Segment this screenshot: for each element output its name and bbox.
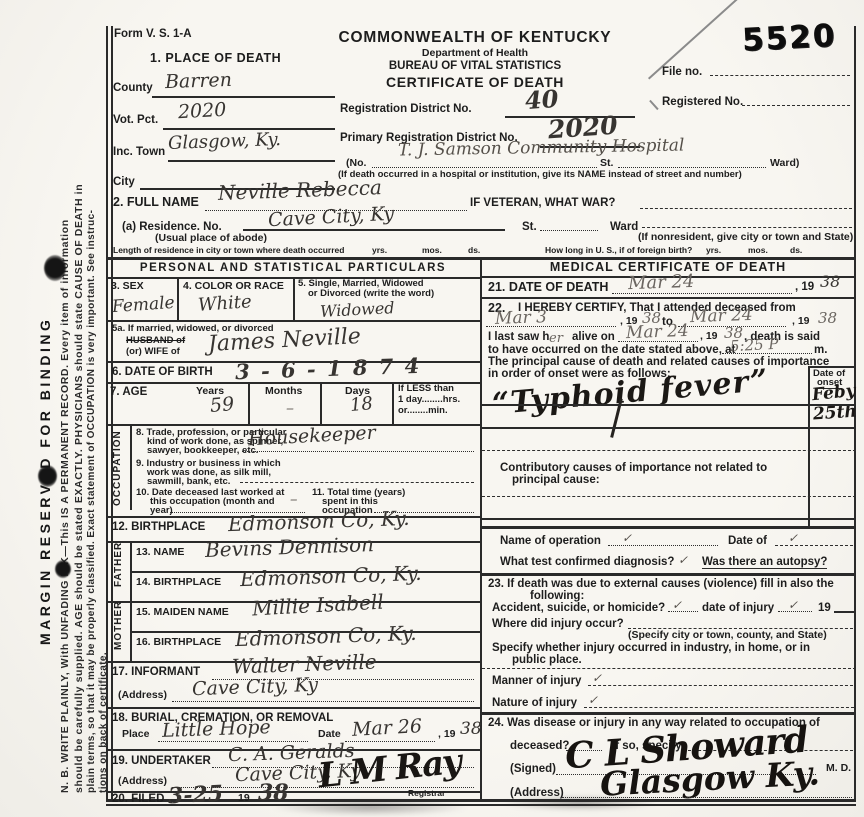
rule-line bbox=[482, 427, 856, 429]
mother-side-label: MOTHER bbox=[114, 601, 125, 650]
dashed-line bbox=[588, 685, 853, 686]
abode-note: (Usual place of abode) bbox=[155, 233, 267, 244]
time-of-death-value: 5:25 P bbox=[730, 337, 779, 355]
dashed-line bbox=[482, 450, 856, 451]
inc-town-value: Glasgow, Ky. bbox=[168, 131, 282, 153]
deceased-label: deceased? bbox=[510, 740, 569, 752]
dashed-line bbox=[742, 105, 850, 106]
date-of-death-label: 21. DATE OF DEATH bbox=[488, 281, 608, 294]
st-label: St. bbox=[600, 158, 613, 169]
dashed-line bbox=[775, 545, 853, 546]
injury-date-tick: ✓ bbox=[788, 598, 798, 612]
cell-divider bbox=[320, 382, 322, 424]
burial-place-value: Little Hope bbox=[162, 718, 271, 741]
injury-date-label: date of injury bbox=[702, 602, 774, 614]
rule-line bbox=[482, 518, 856, 520]
dotted-line bbox=[668, 611, 698, 612]
foreign-birth-label: How long in U. S., if of foreign birth? bbox=[545, 246, 692, 255]
contributory-text-2: principal cause: bbox=[512, 474, 600, 486]
registered-no-label: Registered No. bbox=[662, 96, 743, 108]
rule-line bbox=[482, 573, 856, 576]
onset-date-value-2: 25th bbox=[812, 403, 857, 423]
form-number: Form V. S. 1-A bbox=[114, 28, 192, 40]
undertaker-label: 19. UNDERTAKER bbox=[112, 755, 211, 767]
if-less-label-1: If LESS than bbox=[398, 384, 454, 394]
form-border-left-inner bbox=[111, 26, 113, 802]
age-label: 7. AGE bbox=[110, 386, 147, 398]
if-less-label-3: or........min. bbox=[398, 406, 448, 416]
accident-label: Accident, suicide, or homicide? bbox=[492, 602, 665, 614]
dotted-line bbox=[618, 341, 698, 342]
color-race-label: 4. COLOR OR RACE bbox=[183, 281, 284, 292]
where-injury-label: Where did injury occur? bbox=[492, 618, 624, 630]
dob-value: 3 - 6 - 1 8 7 4 bbox=[235, 355, 422, 382]
spouse-value: James Neville bbox=[208, 326, 362, 356]
external-causes-text-2: following: bbox=[530, 590, 584, 602]
birthplace-value: Edmonson Co, Ky. bbox=[228, 508, 410, 534]
certificate-title: CERTIFICATE OF DEATH bbox=[320, 75, 630, 90]
father-birthplace-label: 14. BIRTHPLACE bbox=[136, 577, 221, 588]
filed-value: 3-25 bbox=[167, 783, 223, 808]
principal-cause-text-1: The principal cause of death and related… bbox=[488, 356, 829, 368]
dotted-line bbox=[345, 741, 435, 742]
worked-value: – bbox=[290, 492, 298, 507]
mother-birthplace-label: 16. BIRTHPLACE bbox=[136, 637, 221, 648]
no-label: (No. bbox=[346, 158, 366, 169]
signed-label: (Signed) bbox=[510, 763, 556, 775]
autopsy-label: Was there an autopsy? bbox=[702, 556, 827, 569]
rule-line bbox=[482, 526, 856, 529]
dashed-line bbox=[482, 496, 856, 497]
hospital-name-handwritten: T. J. Samson Community Hospital bbox=[398, 138, 685, 160]
father-name-value: Bevins Dennison bbox=[205, 534, 375, 560]
years-value: 59 bbox=[209, 395, 235, 416]
cell-divider bbox=[177, 277, 179, 320]
yrs-label: yrs. bbox=[706, 246, 721, 255]
md-label: M. D. bbox=[826, 763, 851, 774]
mos-label: mos. bbox=[748, 246, 768, 255]
length-residence-label: Length of residence in city or town wher… bbox=[113, 246, 344, 255]
dod-year-value: 38 bbox=[820, 274, 840, 290]
cell-divider bbox=[293, 277, 295, 320]
color-race-value: White bbox=[197, 293, 252, 315]
rule-line bbox=[482, 297, 856, 299]
nature-tick: ✓ bbox=[588, 693, 598, 707]
inc-town-label: Inc. Town bbox=[113, 146, 165, 158]
registrar-label: Registrar bbox=[408, 789, 445, 798]
manner-of-injury-label: Manner of injury bbox=[492, 675, 581, 687]
to-year-prefix: , 19 bbox=[792, 316, 810, 327]
nonresident-note: (If nonresident, give city or town and S… bbox=[638, 232, 853, 243]
dotted-line bbox=[172, 701, 474, 702]
cell-divider bbox=[248, 382, 250, 424]
informant-address-label: (Address) bbox=[118, 690, 167, 701]
specify-text-1: Specify whether injury occurred in indus… bbox=[492, 642, 810, 654]
ward-label: Ward) bbox=[770, 158, 799, 169]
burial-year-prefix: , 19 bbox=[438, 729, 456, 740]
residence-value: Cave City, Ky bbox=[268, 205, 395, 231]
dashed-line bbox=[642, 227, 852, 228]
dotted-line bbox=[608, 545, 718, 546]
dashed-line bbox=[710, 75, 850, 76]
personal-title: PERSONAL AND STATISTICAL PARTICULARS bbox=[110, 262, 476, 274]
ink-blob bbox=[38, 465, 57, 487]
wife-of-label: (or) WIFE of bbox=[126, 347, 180, 357]
external-causes-text-1: 23. If death was due to external causes … bbox=[488, 578, 834, 590]
rule-line bbox=[106, 707, 480, 709]
ds-label: ds. bbox=[790, 246, 802, 255]
injury-year-label: 19 bbox=[818, 602, 831, 614]
file-no-label: File no. bbox=[662, 66, 702, 78]
county-label: County bbox=[113, 82, 153, 94]
worked-label-3: year) bbox=[150, 506, 173, 516]
informant-value: Walter Neville bbox=[232, 651, 377, 676]
operation-date-label: Date of bbox=[728, 535, 767, 547]
sex-value: Female bbox=[111, 295, 175, 316]
bureau-title: BUREAU OF VITAL STATISTICS bbox=[320, 60, 630, 72]
voting-precinct-value: 2020 bbox=[178, 101, 227, 123]
months-header: Months bbox=[265, 386, 302, 397]
place-of-death-heading: 1. PLACE OF DEATH bbox=[150, 52, 281, 65]
test-label: What test confirmed diagnosis? bbox=[500, 556, 674, 568]
filed-year-prefix: 19 bbox=[238, 793, 250, 804]
dotted-line bbox=[612, 293, 792, 294]
mother-name-value: Millie Isabell bbox=[252, 592, 385, 619]
husband-of-label: HUSBAND of bbox=[126, 336, 185, 346]
dotted-line bbox=[722, 353, 812, 354]
city-label: City bbox=[113, 176, 135, 188]
contributory-text-1: Contributory causes of importance not re… bbox=[500, 462, 767, 474]
filed-label: 20. FILED bbox=[112, 793, 164, 805]
residence-ward-label: Ward bbox=[610, 221, 638, 233]
rule-line bbox=[168, 160, 335, 162]
father-side-label: FATHER bbox=[114, 542, 125, 587]
nature-of-injury-label: Nature of injury bbox=[492, 697, 577, 709]
margin-note-line-2: should be carefully supplied. AGE should… bbox=[74, 184, 85, 793]
last-saw-text-2: alive on bbox=[572, 331, 615, 343]
operation-date-tick: ✓ bbox=[788, 531, 798, 545]
operation-tick: ✓ bbox=[622, 531, 632, 545]
m-label: m. bbox=[814, 344, 827, 356]
veteran-label: IF VETERAN, WHAT WAR? bbox=[470, 197, 615, 209]
days-value: 18 bbox=[349, 395, 373, 415]
ink-blob bbox=[44, 255, 66, 281]
burial-place-label: Place bbox=[122, 729, 149, 740]
burial-date-value: Mar 26 bbox=[352, 717, 423, 740]
residence-st-label: St. bbox=[522, 221, 537, 233]
registration-district-value: 40 bbox=[524, 87, 559, 113]
dod-year-prefix: , 19 bbox=[795, 281, 814, 293]
mos-label: mos. bbox=[422, 246, 442, 255]
last-saw-value: Mar 24 bbox=[626, 323, 689, 342]
test-tick: ✓ bbox=[678, 553, 688, 567]
accident-tick: ✓ bbox=[672, 598, 682, 612]
dotted-line bbox=[778, 611, 812, 612]
father-name-label: 13. NAME bbox=[136, 547, 184, 558]
filed-year-value: 38 bbox=[258, 782, 289, 804]
ink-blob bbox=[55, 560, 71, 578]
last-saw-text-1: I last saw h bbox=[488, 331, 549, 343]
if-less-label-2: 1 day........hrs. bbox=[398, 395, 460, 405]
onset-column-divider bbox=[808, 366, 810, 526]
last-saw-year-prefix: , 19 bbox=[700, 331, 718, 342]
marital-value: Widowed bbox=[320, 300, 395, 320]
voting-precinct-label: Vot. Pct. bbox=[113, 114, 158, 126]
burial-year-value: 38 bbox=[460, 721, 482, 738]
dotted-line bbox=[486, 326, 616, 327]
marital-label2: or Divorced (write the word) bbox=[308, 289, 434, 299]
dashed-line bbox=[640, 208, 852, 209]
stamp-number: 5520 bbox=[741, 18, 837, 59]
birthplace-label: 12. BIRTHPLACE bbox=[112, 521, 205, 533]
undertaker-address-label: (Address) bbox=[118, 776, 167, 787]
yrs-label: yrs. bbox=[372, 246, 387, 255]
pencil-check bbox=[649, 100, 658, 110]
sex-label: 3. SEX bbox=[111, 281, 144, 292]
months-value: – bbox=[286, 400, 294, 416]
informant-label: 17. INFORMANT bbox=[112, 666, 200, 678]
county-value: Barren bbox=[165, 71, 233, 92]
burial-date-label: Date bbox=[318, 729, 341, 740]
to-year-value: 38 bbox=[818, 311, 837, 326]
dotted-line bbox=[540, 230, 598, 231]
dashed-line bbox=[482, 668, 856, 669]
dotted-line bbox=[562, 797, 852, 798]
rule-line bbox=[106, 320, 480, 322]
hospital-note: (If death occurred in a hospital or inst… bbox=[338, 170, 858, 180]
full-name-label: 2. FULL NAME bbox=[113, 196, 199, 209]
death-certificate-page: MARGIN RESERVED FOR BINDING N. B. WRITE … bbox=[0, 0, 864, 817]
date-of-death-value: Mar 24 bbox=[628, 273, 695, 293]
mother-name-label: 15. MAIDEN NAME bbox=[136, 607, 229, 618]
physician-address-label: (Address) bbox=[510, 787, 564, 799]
commonwealth-title: COMMONWEALTH OF KENTUCKY bbox=[320, 30, 630, 46]
cell-divider bbox=[130, 424, 132, 510]
physician-address-value: Glasgow Ky. bbox=[599, 756, 820, 800]
ds-label: ds. bbox=[468, 246, 480, 255]
dotted-line bbox=[372, 167, 597, 168]
rule-line bbox=[482, 712, 856, 715]
rule-line bbox=[834, 611, 854, 613]
rule-line bbox=[243, 229, 505, 231]
rule-line bbox=[152, 96, 335, 98]
occupation-side-label: OCCUPATION bbox=[113, 430, 124, 506]
margin-note-line-1: N. B. WRITE PLAINLY, With UNFADING INK—T… bbox=[60, 219, 71, 793]
father-birthplace-value: Edmonson Co, Ky. bbox=[240, 563, 422, 589]
registration-district-label: Registration District No. bbox=[340, 103, 472, 115]
industry-label-3: sawmill, bank, etc. bbox=[147, 477, 230, 487]
form-border-left bbox=[106, 26, 108, 802]
manner-tick: ✓ bbox=[592, 671, 602, 685]
full-name-value: Neville Rebecca bbox=[218, 177, 382, 203]
attended-to-value: Mar 24 bbox=[690, 307, 753, 326]
mother-birthplace-value: Edmonson Co, Ky. bbox=[235, 623, 417, 649]
dotted-line bbox=[618, 167, 766, 168]
department-title: Department of Health bbox=[320, 48, 630, 59]
rule-line bbox=[482, 404, 856, 406]
specify-text-2: public place. bbox=[512, 654, 582, 666]
dashed-line bbox=[584, 707, 854, 708]
dob-label: 6. DATE OF BIRTH bbox=[112, 366, 213, 378]
cell-divider bbox=[392, 382, 394, 424]
margin-note-line-3: plain terms, so that it may be properly … bbox=[87, 210, 98, 793]
operation-label: Name of operation bbox=[500, 535, 601, 547]
dashed-line bbox=[240, 482, 474, 483]
informant-address-value: Cave City, Ky bbox=[192, 676, 319, 699]
dotted-line bbox=[242, 451, 474, 452]
where-injury-note: (Specify city or town, county, and State… bbox=[628, 630, 827, 641]
trade-value: Housekeeper bbox=[248, 424, 377, 450]
occurred-text: to have occurred on the date stated abov… bbox=[488, 344, 735, 356]
